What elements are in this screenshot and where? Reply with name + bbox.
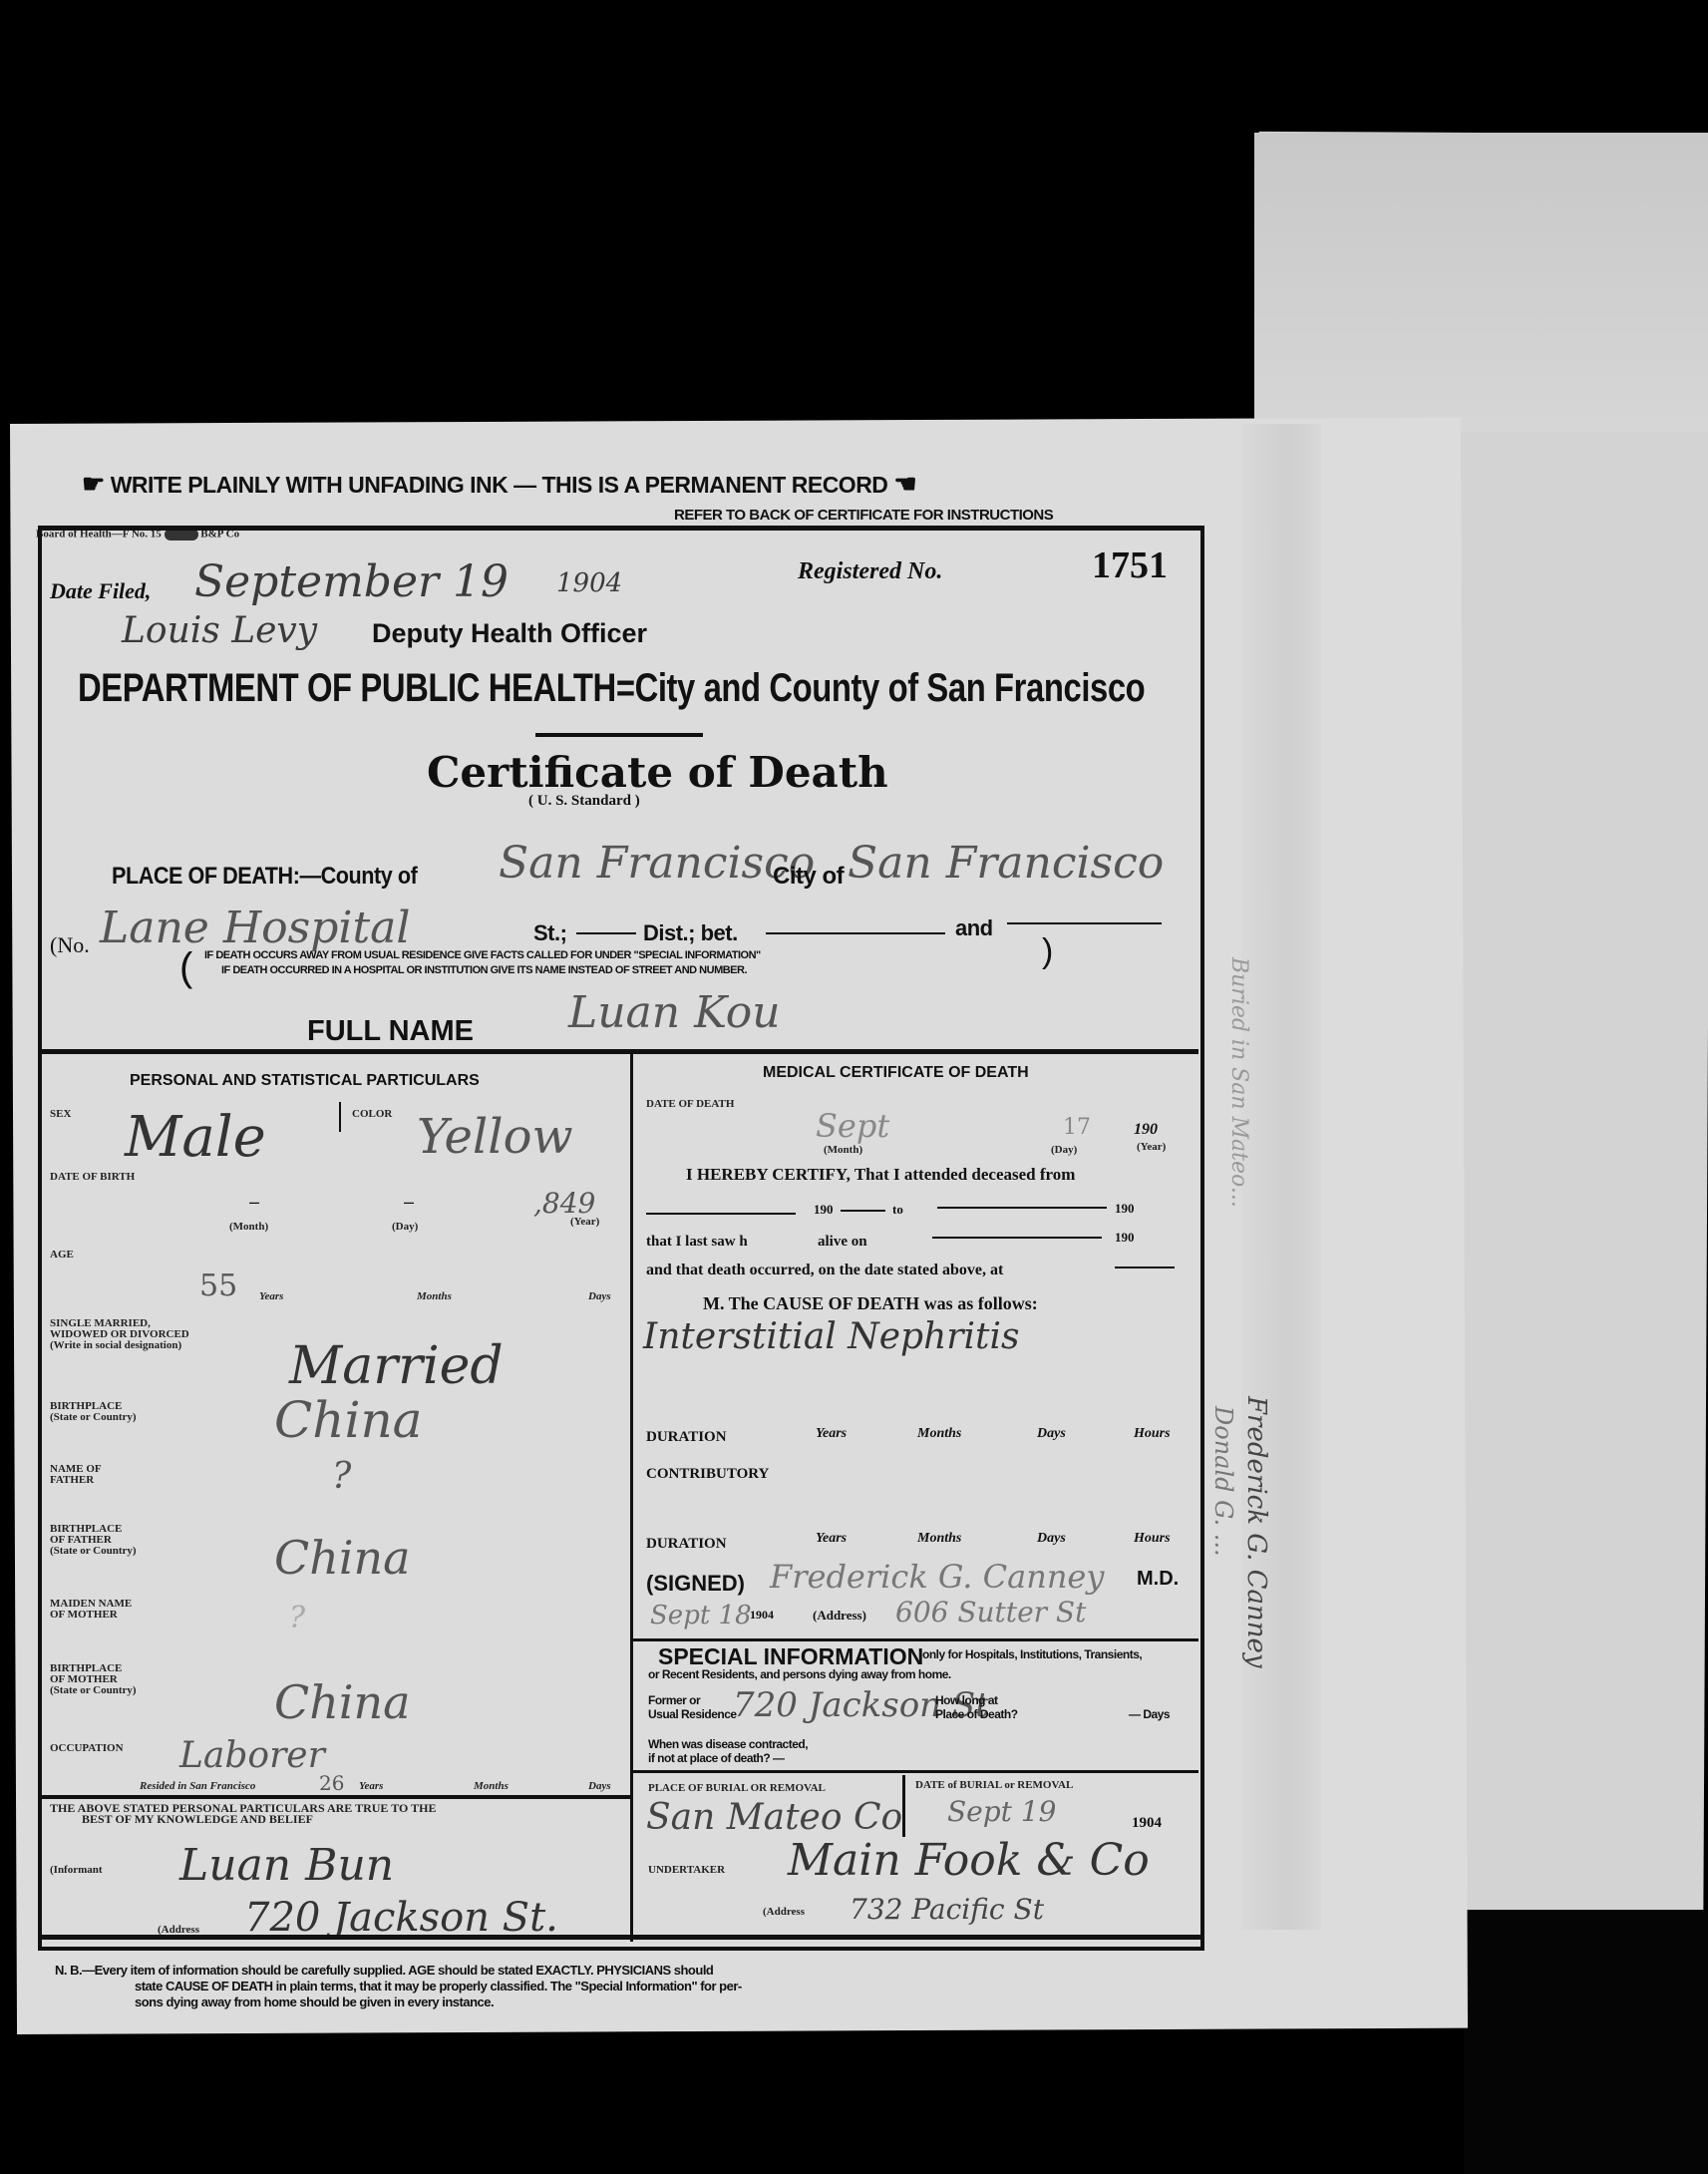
district-label: Dist.; bet. bbox=[643, 920, 738, 946]
age-years-caption: Years bbox=[259, 1291, 283, 1302]
full-name-label: FULL NAME bbox=[307, 1015, 474, 1048]
from-line bbox=[646, 1213, 796, 1215]
occurred-text: and that death occurred, on the date sta… bbox=[646, 1262, 1003, 1279]
physician-address: 606 Sutter St bbox=[895, 1596, 1086, 1629]
marital-label-3: (Write in social designation) bbox=[50, 1340, 189, 1351]
how-long-label: How long at Place of Death? bbox=[935, 1693, 1018, 1721]
mother-birthplace-value: China bbox=[274, 1675, 411, 1729]
burial-place-label: PLACE OF BURIAL OR REMOVAL bbox=[648, 1783, 826, 1794]
duration2-label: DURATION bbox=[646, 1536, 727, 1553]
name-divider bbox=[42, 1049, 1198, 1054]
alive-year: 190 bbox=[1115, 1230, 1135, 1246]
place-note-2: IF DEATH OCCURRED IN A HOSPITAL OR INSTI… bbox=[221, 964, 747, 976]
age-months-caption: Months bbox=[417, 1291, 452, 1302]
duration2-years-caption: Years bbox=[816, 1531, 847, 1547]
footer-note-3: sons dying away from home should be give… bbox=[55, 1994, 742, 2010]
father-birthplace-label-3: (State or Country) bbox=[50, 1546, 137, 1557]
city-value: San Francisco bbox=[848, 838, 1164, 889]
dob-day-caption: (Day) bbox=[392, 1222, 418, 1233]
mother-name-label-2: OF MOTHER bbox=[50, 1610, 132, 1621]
dob-month: – bbox=[249, 1192, 259, 1213]
resided-years-caption: Years bbox=[359, 1781, 383, 1792]
age-days-caption: Days bbox=[588, 1291, 611, 1302]
and-line bbox=[1007, 922, 1162, 924]
certificate-title: Certificate of Death bbox=[427, 748, 888, 797]
county-value: San Francisco bbox=[499, 838, 815, 889]
dod-year: 190 bbox=[1134, 1121, 1158, 1139]
street-label: St.; bbox=[533, 920, 566, 946]
pointing-hand-icon: ☚ bbox=[893, 469, 916, 499]
contracted-label: When was disease contracted, if not at p… bbox=[648, 1737, 808, 1765]
dob-label: DATE OF BIRTH bbox=[50, 1172, 135, 1183]
title-divider bbox=[535, 733, 703, 737]
alive-on-line bbox=[932, 1237, 1102, 1239]
occurred-line bbox=[1115, 1267, 1175, 1268]
city-label: City of bbox=[773, 863, 844, 891]
marital-label: SINGLE MARRIED, WIDOWED OR DIVORCED (Wri… bbox=[50, 1318, 189, 1351]
date-filed-label: Date Filed, bbox=[50, 578, 151, 604]
officer-signature: Louis Levy bbox=[122, 610, 317, 651]
duration-months-caption: Months bbox=[917, 1426, 961, 1442]
occupation-label: OCCUPATION bbox=[50, 1743, 124, 1754]
date-filed-year: 1904 bbox=[556, 568, 622, 598]
medical-heading: MEDICAL CERTIFICATE OF DEATH bbox=[763, 1064, 1029, 1082]
to-year: 190 bbox=[1115, 1201, 1135, 1217]
banner: ☛ WRITE PLAINLY WITH UNFADING INK — THIS… bbox=[82, 469, 916, 500]
margin-strip bbox=[1241, 424, 1321, 1930]
last-saw-text: that I last saw h bbox=[646, 1234, 748, 1251]
duration2-days-caption: Days bbox=[1037, 1531, 1066, 1547]
department-title: DEPARTMENT OF PUBLIC HEALTH=City and Cou… bbox=[78, 666, 1145, 711]
residence-label-2: Usual Residence bbox=[648, 1707, 737, 1721]
contracted-label-2: if not at place of death? bbox=[648, 1751, 770, 1765]
duration2-months-caption: Months bbox=[917, 1531, 961, 1547]
background-shadow bbox=[1464, 1910, 1708, 2174]
burial-column-divider bbox=[902, 1775, 905, 1837]
birthplace-value: China bbox=[274, 1391, 422, 1449]
duration-days-caption: Days bbox=[1037, 1426, 1066, 1442]
special-note-2: or Recent Residents, and persons dying a… bbox=[648, 1667, 951, 1681]
sex-label: SEX bbox=[50, 1109, 71, 1120]
registered-label: Registered No. bbox=[798, 558, 942, 585]
color-label: COLOR bbox=[352, 1109, 392, 1120]
birthplace-label-2: (State or Country) bbox=[50, 1412, 137, 1423]
margin-signature-1: Frederick G. Canney bbox=[1241, 1396, 1271, 1668]
street-no-label: (No. bbox=[50, 932, 90, 958]
cause-value: Interstitial Nephritis bbox=[643, 1316, 1019, 1357]
dob-month-caption: (Month) bbox=[229, 1222, 268, 1233]
how-long-label-1: How long at bbox=[935, 1693, 1018, 1707]
to-line bbox=[937, 1207, 1107, 1209]
special-note-1: only for Hospitals, Institutions, Transi… bbox=[922, 1647, 1142, 1661]
registered-number: 1751 bbox=[1092, 543, 1168, 587]
burial-year: 1904 bbox=[1132, 1815, 1162, 1832]
physician-signature: Frederick G. Canney bbox=[770, 1558, 1104, 1596]
paren-close: ) bbox=[1042, 932, 1053, 971]
to-label: to bbox=[892, 1202, 903, 1218]
full-name-value: Luan Kou bbox=[568, 987, 781, 1038]
footer-note-2: state CAUSE OF DEATH in plain terms, tha… bbox=[55, 1979, 742, 1994]
special-divider bbox=[633, 1638, 1198, 1641]
father-name-label-2: FATHER bbox=[50, 1475, 102, 1486]
from-year: 190 bbox=[814, 1202, 834, 1218]
how-long-label-2: Place of Death? bbox=[935, 1707, 1018, 1721]
back-sheet-top bbox=[1254, 133, 1708, 432]
burial-place-value: San Mateo Co bbox=[646, 1797, 902, 1838]
dob-day: – bbox=[404, 1192, 414, 1213]
place-note-1: IF DEATH OCCURS AWAY FROM USUAL RESIDENC… bbox=[204, 949, 761, 961]
place-of-death-label: PLACE OF DEATH:—County of bbox=[112, 863, 417, 891]
and-label: and bbox=[955, 915, 993, 941]
resided-label: Resided in San Francisco bbox=[140, 1781, 255, 1792]
sex-value: Male bbox=[125, 1105, 266, 1170]
instructions-note: REFER TO BACK OF CERTIFICATE FOR INSTRUC… bbox=[674, 507, 1053, 524]
father-birthplace-label: BIRTHPLACE OF FATHER (State or Country) bbox=[50, 1524, 137, 1557]
banner-text: WRITE PLAINLY WITH UNFADING INK — THIS I… bbox=[111, 472, 888, 498]
pointing-hand-icon: ☛ bbox=[82, 469, 105, 499]
undertaker-label: UNDERTAKER bbox=[648, 1865, 725, 1876]
margin-signature-2: Donald G. ... bbox=[1209, 1406, 1237, 1557]
district-line bbox=[766, 932, 945, 934]
mother-name-label: MAIDEN NAME OF MOTHER bbox=[50, 1599, 132, 1621]
signed-date: Sept 18 bbox=[650, 1601, 752, 1630]
father-name-value: ? bbox=[332, 1456, 351, 1497]
undertaker-address: 732 Pacific St bbox=[850, 1893, 1044, 1926]
officer-title: Deputy Health Officer bbox=[372, 618, 647, 649]
residence-label: Former or Usual Residence bbox=[648, 1693, 737, 1721]
attest-divider bbox=[42, 1795, 630, 1799]
special-heading: SPECIAL INFORMATION bbox=[658, 1643, 923, 1670]
footer-note-1: N. B.—Every item of information should b… bbox=[55, 1963, 742, 1979]
how-long-value: — Days bbox=[1129, 1707, 1170, 1721]
duration-years-caption: Years bbox=[816, 1426, 847, 1442]
sex-color-divider bbox=[339, 1102, 341, 1132]
duration-label: DURATION bbox=[646, 1429, 727, 1446]
dod-label: DATE OF DEATH bbox=[646, 1099, 734, 1110]
signed-year: 1904 bbox=[750, 1608, 774, 1623]
column-divider bbox=[630, 1054, 633, 1942]
burial-date-label: DATE of BURIAL or REMOVAL bbox=[915, 1780, 1073, 1791]
contracted-value: — bbox=[773, 1751, 785, 1765]
attest-text: THE ABOVE STATED PERSONAL PARTICULARS AR… bbox=[50, 1803, 436, 1825]
mother-birthplace-label-3: (State or Country) bbox=[50, 1685, 137, 1696]
alive-on-text: alive on bbox=[818, 1234, 867, 1251]
dod-day: 17 bbox=[1063, 1115, 1091, 1140]
footer-note: N. B.—Every item of information should b… bbox=[55, 1963, 742, 2010]
color-value: Yellow bbox=[417, 1109, 573, 1165]
father-name-label: NAME OF FATHER bbox=[50, 1464, 102, 1486]
father-birthplace-value: China bbox=[274, 1531, 411, 1585]
dod-month: Sept bbox=[816, 1107, 889, 1145]
birthplace-label: BIRTHPLACE (State or Country) bbox=[50, 1401, 137, 1423]
street-no-value: Lane Hospital bbox=[100, 903, 410, 953]
contracted-label-1: When was disease contracted, bbox=[648, 1737, 808, 1751]
age-label: AGE bbox=[50, 1250, 74, 1261]
marital-value: Married bbox=[289, 1336, 504, 1396]
certify-text: I HEREBY CERTIFY, That I attended deceas… bbox=[686, 1165, 1075, 1185]
from-year-line bbox=[841, 1210, 885, 1212]
bottom-border bbox=[38, 1935, 1204, 1940]
mother-name-value: ? bbox=[289, 1601, 305, 1635]
burial-date-value: Sept 19 bbox=[947, 1795, 1056, 1828]
resided-days-caption: Days bbox=[588, 1781, 611, 1792]
burial-divider bbox=[633, 1770, 1198, 1773]
duration2-hours-caption: Hours bbox=[1134, 1531, 1171, 1547]
contributory-label: CONTRIBUTORY bbox=[646, 1466, 769, 1483]
physician-address-label: (Address) bbox=[813, 1608, 866, 1624]
margin-faint-note: Buried in San Mateo... bbox=[1226, 957, 1251, 1208]
resided-years: 26 bbox=[319, 1771, 344, 1795]
resided-months-caption: Months bbox=[474, 1781, 509, 1792]
age-years: 55 bbox=[199, 1268, 237, 1303]
informant-label: (Informant bbox=[50, 1865, 103, 1876]
dod-year-caption: (Year) bbox=[1137, 1142, 1166, 1153]
personal-heading: PERSONAL AND STATISTICAL PARTICULARS bbox=[130, 1072, 480, 1090]
undertaker-address-label: (Address bbox=[763, 1907, 805, 1918]
signed-label: (SIGNED) bbox=[646, 1571, 745, 1597]
standard-subtitle: ( U. S. Standard ) bbox=[528, 793, 640, 810]
cause-heading: M. The CAUSE OF DEATH was as follows: bbox=[703, 1293, 1038, 1314]
street-line bbox=[576, 932, 636, 934]
md-label: M.D. bbox=[1137, 1568, 1179, 1591]
undertaker-value: Main Fook & Co bbox=[788, 1835, 1150, 1886]
occupation-value: Laborer bbox=[179, 1735, 325, 1776]
dod-day-caption: (Day) bbox=[1051, 1145, 1077, 1156]
dod-month-caption: (Month) bbox=[824, 1145, 862, 1156]
date-filed-value: September 19 bbox=[194, 556, 509, 607]
residence-label-1: Former or bbox=[648, 1693, 737, 1707]
informant-value: Luan Bun bbox=[179, 1840, 394, 1891]
dob-year-caption: (Year) bbox=[570, 1217, 599, 1228]
mother-birthplace-label: BIRTHPLACE OF MOTHER (State or Country) bbox=[50, 1663, 137, 1696]
attest-line-2: BEST OF MY KNOWLEDGE AND BELIEF bbox=[50, 1814, 436, 1825]
duration-hours-caption: Hours bbox=[1134, 1426, 1171, 1442]
paren-open: ( bbox=[179, 945, 192, 990]
